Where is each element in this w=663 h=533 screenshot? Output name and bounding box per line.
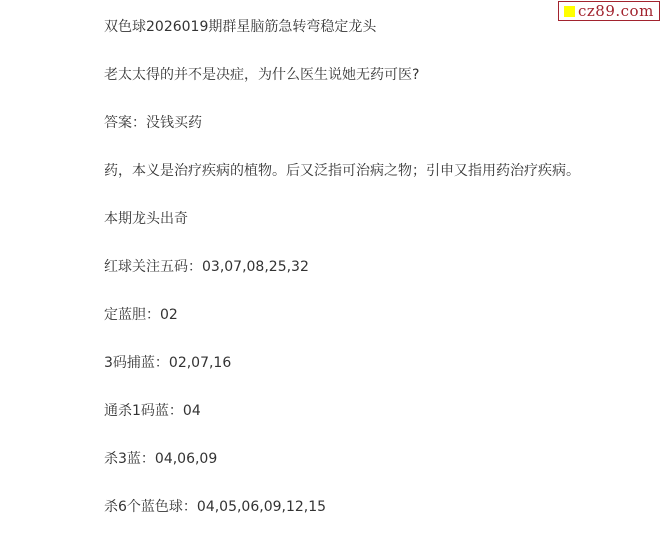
dragon-head-note: 本期龙头出奇 (104, 209, 188, 229)
blue-ball-single-pick: 定蓝胆：02 (104, 305, 178, 325)
kill-three-blue: 杀3蓝：04,06,09 (104, 449, 217, 469)
red-ball-five-picks: 红球关注五码：03,07,08,25,32 (104, 257, 309, 277)
article-title: 双色球2026019期群星脑筋急转弯稳定龙头 (104, 17, 376, 37)
kill-one-blue: 通杀1码蓝：04 (104, 401, 201, 421)
site-watermark-logo: cz89.com (558, 1, 660, 21)
riddle-question: 老太太得的并不是决症，为什么医生说她无药可医? (104, 65, 419, 85)
logo-text: cz89.com (578, 2, 654, 20)
logo-square-icon (564, 6, 575, 17)
blue-ball-three-picks: 3码捕蓝：02,07,16 (104, 353, 231, 373)
riddle-answer: 答案：没钱买药 (104, 113, 202, 133)
kill-six-blue: 杀6个蓝色球：04,05,06,09,12,15 (104, 497, 326, 517)
riddle-explanation: 药，本义是治疗疾病的植物。后又泛指可治病之物；引申又指用药治疗疾病。 (104, 161, 580, 181)
